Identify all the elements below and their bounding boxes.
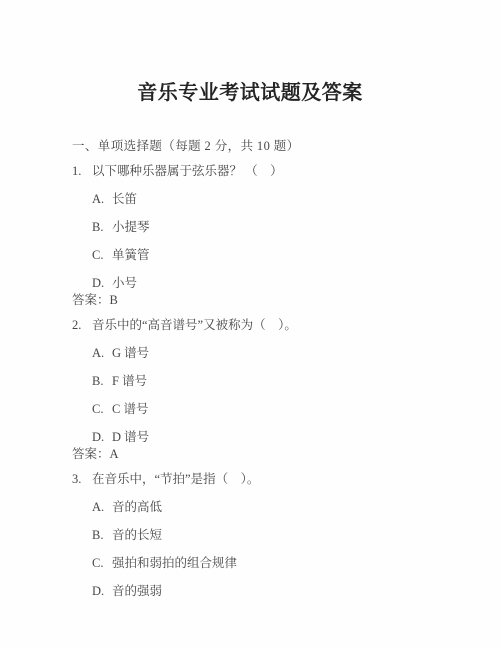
option-label: D. [92, 431, 112, 444]
question-3-number: 3. [72, 473, 92, 486]
question-3-option-c: C.强拍和弱拍的组合规律 [92, 542, 500, 570]
question-1-number: 1. [72, 165, 92, 178]
question-3: 3.在音乐中，“节拍”是指（ ）。 [72, 461, 500, 486]
option-label: D. [92, 585, 112, 598]
option-text: G 谱号 [112, 346, 149, 360]
option-text: 单簧管 [112, 248, 150, 262]
page-title: 音乐专业考试试题及答案 [0, 0, 500, 104]
option-label: B. [92, 375, 112, 388]
option-text: F 谱号 [112, 374, 147, 388]
option-label: B. [92, 221, 112, 234]
question-1: 1.以下哪种乐器属于弦乐器？ （ ） [72, 153, 500, 178]
option-label: B. [92, 529, 112, 542]
question-1-text: 以下哪种乐器属于弦乐器？ （ ） [92, 164, 283, 178]
question-2-number: 2. [72, 319, 92, 332]
option-text: 音的长短 [112, 528, 162, 542]
question-1-option-a: A.长笛 [92, 178, 500, 206]
question-2-option-d: D.D 谱号 [92, 416, 500, 444]
option-label: A. [92, 501, 112, 514]
question-3-text: 在音乐中，“节拍”是指（ ）。 [92, 472, 259, 486]
question-1-answer: 答案：B [72, 290, 500, 307]
option-label: C. [92, 249, 112, 262]
option-text: 长笛 [112, 192, 137, 206]
question-1-option-c: C.单簧管 [92, 234, 500, 262]
question-2-option-b: B.F 谱号 [92, 360, 500, 388]
question-3-option-a: A.音的高低 [92, 486, 500, 514]
document-page: 音乐专业考试试题及答案 一、单项选择题（每题 2 分，共 10 题） 1.以下哪… [0, 0, 500, 647]
section-heading: 一、单项选择题（每题 2 分，共 10 题） [72, 104, 500, 153]
option-label: A. [92, 193, 112, 206]
option-text: 小号 [112, 276, 137, 290]
question-2-option-c: C.C 谱号 [92, 388, 500, 416]
option-label: A. [92, 347, 112, 360]
option-text: C 谱号 [112, 402, 148, 416]
option-text: 强拍和弱拍的组合规律 [112, 556, 237, 570]
question-2: 2.音乐中的“高音谱号”又被称为（ ）。 [72, 307, 500, 332]
option-label: C. [92, 557, 112, 570]
option-text: 音的高低 [112, 500, 162, 514]
question-3-option-d: D.音的强弱 [92, 570, 500, 598]
option-text: 小提琴 [112, 220, 150, 234]
option-text: 音的强弱 [112, 584, 162, 598]
question-3-option-b: B.音的长短 [92, 514, 500, 542]
question-1-option-d: D.小号 [92, 262, 500, 290]
question-2-option-a: A.G 谱号 [92, 332, 500, 360]
option-text: D 谱号 [112, 430, 149, 444]
question-2-answer: 答案：A [72, 444, 500, 461]
question-2-text: 音乐中的“高音谱号”又被称为（ ）。 [92, 318, 297, 332]
question-1-option-b: B.小提琴 [92, 206, 500, 234]
option-label: D. [92, 277, 112, 290]
option-label: C. [92, 403, 112, 416]
